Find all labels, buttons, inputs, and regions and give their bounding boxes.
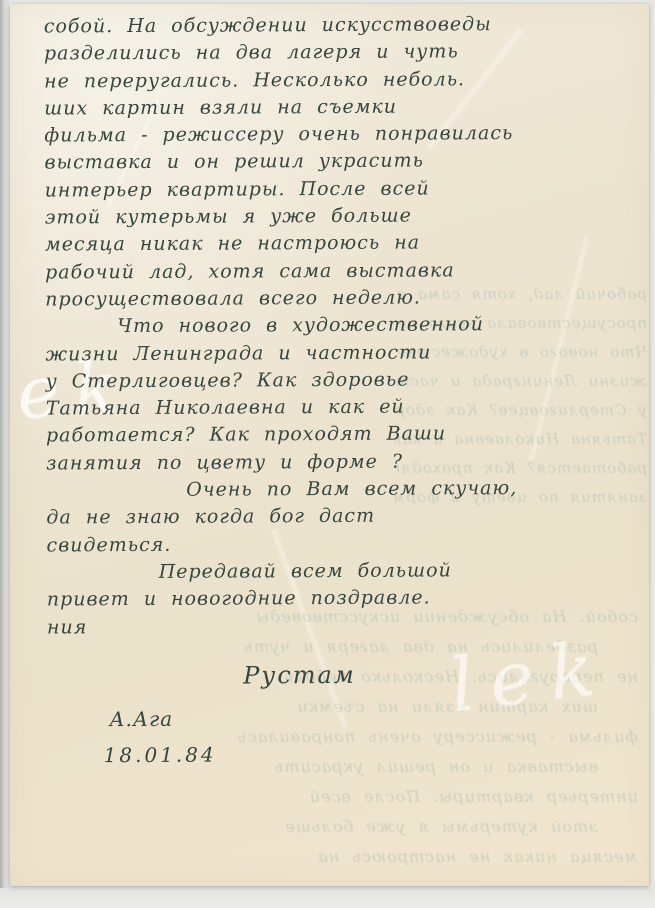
letter-line: разделились на два лагеря и чуть <box>44 38 629 68</box>
letter-line: этой кутерьмы я уже больше <box>45 202 630 232</box>
letter-line: привет и новогодние поздравле. <box>47 584 632 614</box>
paragraph-4: Передавай всем большой привет и новогодн… <box>47 556 632 641</box>
letter-line: ния <box>47 611 632 641</box>
letter-line: рабочий лад, хотя сама выставка <box>45 256 630 286</box>
letter-line: не переругались. Несколько неболь. <box>44 65 629 95</box>
sender-name: А.Ага <box>109 704 632 734</box>
letter-line: собой. На обсуждении искусствоведы <box>44 10 629 40</box>
paragraph-2: Что нового в художественной жизни Ленинг… <box>45 311 631 478</box>
letter-line: жизни Ленинграда и частности <box>45 338 630 368</box>
letter-line: свидеться. <box>46 529 631 559</box>
letter-body: собой. На обсуждении искусствоведы разде… <box>8 2 652 887</box>
letter-line: работается? Как проходят Ваши <box>46 420 631 450</box>
letter-paper: рабочий лад, хотя сама выставка просущес… <box>10 4 649 886</box>
letter-date: 18.01.84 <box>104 740 633 770</box>
scanned-letter-screenshot: { "document": { "kind": "handwritten let… <box>0 0 655 908</box>
letter-line: интерьер квартиры. После всей <box>45 174 630 204</box>
paragraph-1: собой. На обсуждении искусствоведы разде… <box>44 10 631 313</box>
scanner-background-strip <box>0 888 655 908</box>
letter-line: Татьяна Николаевна и как ей <box>46 393 631 423</box>
letter-line: выставка и он решил украсить <box>44 147 629 177</box>
letter-line: просуществовала всего неделю. <box>45 283 630 313</box>
letter-line: ших картин взяли на съемки <box>44 92 629 122</box>
letter-line: месяца никак не настроюсь на <box>45 229 630 259</box>
signature: Рустам <box>243 660 632 689</box>
letter-line: фильма - режиссеру очень понравилась <box>44 120 629 150</box>
letter-line: Что нового в художественной <box>45 311 630 341</box>
letter-line: у Стерлиговцев? Как здоровье <box>46 365 631 395</box>
letter-line: Передавай всем большой <box>47 556 632 586</box>
letter-line: да не знаю когда бог даст <box>46 502 631 532</box>
letter-line: занятия по цвету и форме ? <box>46 447 631 477</box>
letter-line: Очень по Вам всем скучаю, <box>46 474 631 504</box>
paragraph-3: Очень по Вам всем скучаю, да не знаю ког… <box>46 474 631 559</box>
